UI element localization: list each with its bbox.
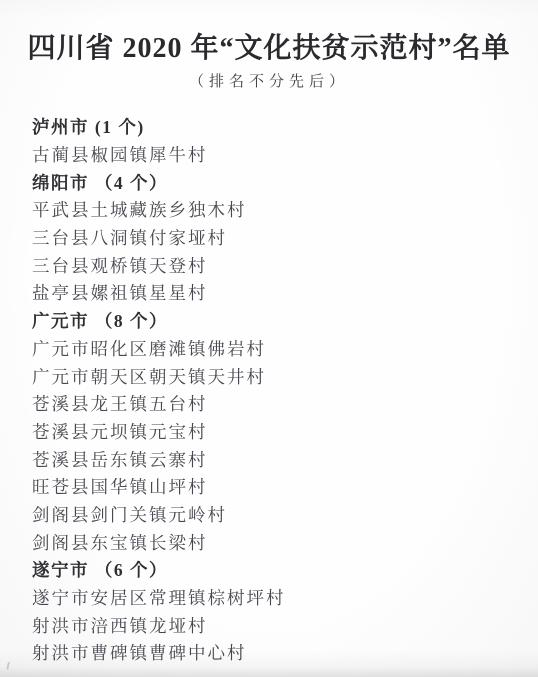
page-title: 四川省 2020 年“文化扶贫示范村”名单 xyxy=(0,26,538,66)
village-list: 泸州市 (1 个)古蔺县椒园镇犀牛村绵阳市 （4 个）平武县土城藏族乡独木村三台… xyxy=(32,113,518,667)
village-item: 古蔺县椒园镇犀牛村 xyxy=(32,141,518,169)
village-item: 射洪市曹碑镇曹碑中心村 xyxy=(32,639,518,667)
village-item: 三台县八洞镇付家垭村 xyxy=(32,224,518,252)
city-header: 广元市 （8 个） xyxy=(32,307,518,335)
city-header: 遂宁市 （6 个） xyxy=(32,556,518,584)
city-header: 泸州市 (1 个) xyxy=(32,113,518,141)
scan-artifact-mark xyxy=(6,662,13,671)
page-subtitle: （排名不分先后） xyxy=(0,70,538,91)
village-item: 广元市朝天区朝天镇天井村 xyxy=(32,362,518,390)
village-item: 苍溪县岳东镇云寨村 xyxy=(32,445,518,473)
village-item: 广元市昭化区磨滩镇佛岩村 xyxy=(32,335,518,363)
village-item: 苍溪县龙王镇五台村 xyxy=(32,390,518,418)
village-item: 剑阁县东宝镇长梁村 xyxy=(32,528,518,556)
village-item: 三台县观桥镇天登村 xyxy=(32,251,518,279)
village-item: 旺苍县国华镇山坪村 xyxy=(32,473,518,501)
village-item: 剑阁县剑门关镇元岭村 xyxy=(32,501,518,529)
village-item: 遂宁市安居区常理镇棕树坪村 xyxy=(32,584,518,612)
village-item: 苍溪县元坝镇元宝村 xyxy=(32,418,518,446)
village-item: 射洪市涪西镇龙垭村 xyxy=(32,611,518,639)
city-header: 绵阳市 （4 个） xyxy=(32,168,518,196)
village-item: 盐亭县嫘祖镇星星村 xyxy=(32,279,518,307)
page-bottom-shadow xyxy=(0,667,538,677)
village-item: 平武县土城藏族乡独木村 xyxy=(32,196,518,224)
document-page: 四川省 2020 年“文化扶贫示范村”名单 （排名不分先后） 泸州市 (1 个)… xyxy=(0,0,538,677)
